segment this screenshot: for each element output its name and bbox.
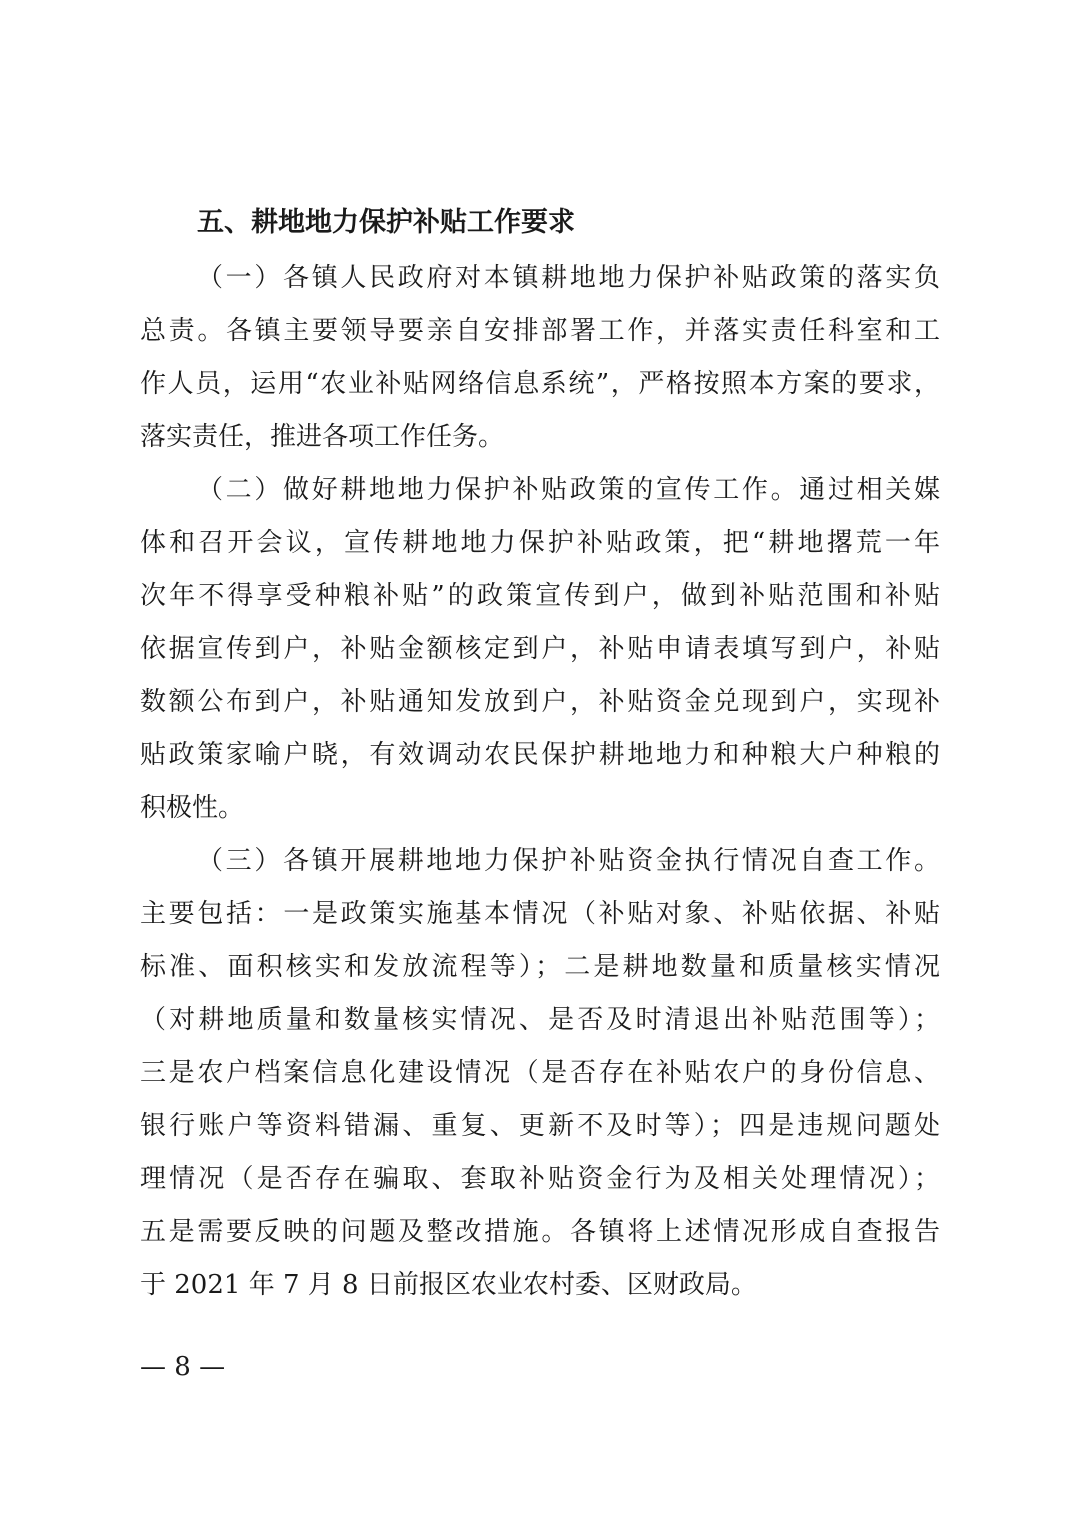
paragraph-3-line-9: 于 2021 年 7 月 8 日前报区农业农村委、区财政局。 xyxy=(140,1265,940,1305)
paragraph-3-line-7: 理情况（是否存在骗取、套取补贴资金行为及相关处理情况）； xyxy=(140,1159,940,1199)
paragraph-1-line-2: 总责。各镇主要领导要亲自安排部署工作，并落实责任科室和工 xyxy=(140,311,940,351)
section-heading: 五、耕地地力保护补贴工作要求 xyxy=(197,203,575,243)
paragraph-3-line-6: 银行账户等资料错漏、重复、更新不及时等）；四是违规问题处 xyxy=(140,1106,940,1146)
paragraph-3-line-4: （对耕地质量和数量核实情况、是否及时清退出补贴范围等）； xyxy=(140,1000,940,1040)
paragraph-1-line-4: 落实责任，推进各项工作任务。 xyxy=(140,417,940,457)
paragraph-1-line-1: （一）各镇人民政府对本镇耕地地力保护补贴政策的落实负 xyxy=(197,258,940,298)
paragraph-3-line-8: 五是需要反映的问题及整改措施。各镇将上述情况形成自查报告 xyxy=(140,1212,940,1252)
paragraph-2-line-5: 数额公布到户，补贴通知发放到户，补贴资金兑现到户，实现补 xyxy=(140,682,940,722)
document-page: 五、耕地地力保护补贴工作要求 （一）各镇人民政府对本镇耕地地力保护补贴政策的落实… xyxy=(0,0,1074,1520)
paragraph-2-line-7: 积极性。 xyxy=(140,788,940,828)
paragraph-1-line-3: 作人员，运用“农业补贴网络信息系统”，严格按照本方案的要求， xyxy=(140,364,940,404)
paragraph-2-line-3: 次年不得享受种粮补贴”的政策宣传到户，做到补贴范围和补贴 xyxy=(140,576,940,616)
paragraph-3-line-5: 三是农户档案信息化建设情况（是否存在补贴农户的身份信息、 xyxy=(140,1053,940,1093)
paragraph-3-line-1: （三）各镇开展耕地地力保护补贴资金执行情况自查工作。 xyxy=(197,841,940,881)
paragraph-2-line-1: （二）做好耕地地力保护补贴政策的宣传工作。通过相关媒 xyxy=(197,470,940,510)
paragraph-3-line-2: 主要包括：一是政策实施基本情况（补贴对象、补贴依据、补贴 xyxy=(140,894,940,934)
paragraph-2-line-2: 体和召开会议，宣传耕地地力保护补贴政策，把“耕地撂荒一年 xyxy=(140,523,940,563)
paragraph-2-line-4: 依据宣传到户，补贴金额核定到户，补贴申请表填写到户，补贴 xyxy=(140,629,940,669)
paragraph-2-line-6: 贴政策家喻户晓，有效调动农民保护耕地地力和种粮大户种粮的 xyxy=(140,735,940,775)
page-number: — 8 — xyxy=(140,1347,225,1387)
paragraph-3-line-3: 标准、面积核实和发放流程等）；二是耕地数量和质量核实情况 xyxy=(140,947,940,987)
